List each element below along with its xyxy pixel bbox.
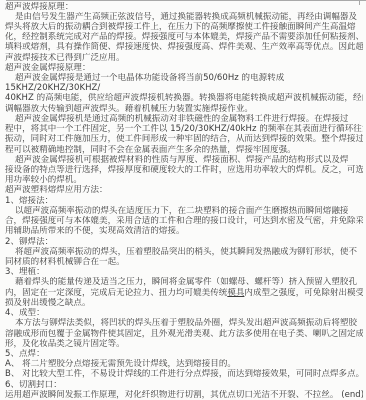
text-line: 藉着焊头的能量传递及适当之压力，瞬间将金属零件（如螺母、螺杆等）挤入预留入塑胶孔 (5, 277, 363, 287)
text-line: 1、熔接法： (5, 196, 363, 206)
text-line: 超声波焊接原理： (5, 2, 363, 12)
document-page: 超声波焊接原理：是由信号发生器产生高频正弦波信号，通过换能器转换成高频机械振动能… (0, 0, 366, 400)
text-line: 用功率较小的焊机。 (5, 175, 363, 185)
text-line: 内，固定在一定深度，完成后无论拉力、扭力均可媲美传统模具内成型之强度，可免除射出… (5, 288, 363, 298)
text-line: 接设备的特点等进行选择，焊接厚度和硬度较大的工件时，应选用功率较大的焊机。反之，… (5, 165, 363, 175)
text-line: 形，及化妆品类之镜片固定等。 (5, 339, 363, 349)
text-line: 运用超声波瞬间发振工作原理，对化纤织物进行切割，其优点切口光洁不开裂、不拉丝。 … (5, 390, 363, 400)
text-line: 超声波塑料熔焊应用方法： (5, 185, 363, 195)
text-line: 2、铆焊法： (5, 237, 363, 247)
text-line: 将超声波高频率振动的焊头，压着塑胶品突出的梢头，使其瞬间发热融成为铆钉形状，使不 (5, 247, 363, 257)
text-line: 同材质的材料机械铆合在一起。 (5, 257, 363, 267)
text-line: 以超声波高频率振动的焊头在适度压力下，在二块塑料的接合面产生磨擦热而瞬间熔融接 (5, 206, 363, 216)
text-line: 15KHZ/20KHZ/30KHZ/ (5, 83, 363, 93)
text-line: 化，经控制系统完成对产品的焊接。焊接强度可与本体媲美，焊接产品不需要添加任何粘接… (5, 32, 363, 42)
text-line: 声波焊接技术已得到广泛应用。 (5, 53, 363, 63)
text-line: 本方法与铆焊法类似，将凹状的焊头压着于塑胶品外圈，焊头发出超声波高频振动后将塑胶 (5, 318, 363, 328)
text-line: 5、点焊： (5, 349, 363, 359)
text-line: 振动，同时对工件施加压力，使工件间形成一种牢固的结合，从而达到焊接的效果。整个焊… (5, 134, 363, 144)
text-line: 调幅器放大传输到超声波焊头。藉着机械压力装置实施焊接作业。 (5, 104, 363, 114)
text-line: 焊头将放大后的振动耦合到被焊接工件上，在压力下的高频摩擦使工件接触面瞬间产生高温… (5, 22, 363, 32)
text-line: 溶融成形而包覆于金属物件使其固定，且外观光滑美观、此方法多使用在电子类、喇叭之固… (5, 329, 363, 339)
text-line: 合，焊接强度可与本体媲美，采用合适的工件和合理的接口设计，可达到水密及气密，并免… (5, 216, 363, 226)
text-line: B、 对比较大型工件，不易设计焊线的工件进行分点焊接，而达到熔接效果，可同时点焊… (5, 369, 363, 379)
text-line: A、 将二片塑胶分点熔接无需预先设计焊线，达到熔接目的。 (5, 359, 363, 369)
text-line: 4、成型： (5, 308, 363, 318)
text-line: 3、埋植： (5, 267, 363, 277)
text-line: 损及射出缓慢之缺点。 (5, 298, 363, 308)
text-line: 40KHZ 的高频电能，供应给超声波焊接机转换器。转换器将电能转换成超声波机械振… (5, 93, 363, 103)
text-line: 用辅助品所带来的不便，实现高效清洁的熔接。 (5, 226, 363, 236)
document-text-body: 超声波焊接原理：是由信号发生器产生高频正弦波信号，通过换能器转换成高频机械振动能… (5, 2, 363, 400)
text-line: 程可以被精确地控制，同时不会在金属表面产生多余的热量，焊接牢固度强。 (5, 145, 363, 155)
text-line: 6、切割封口： (5, 380, 363, 390)
text-line: 超声波金属焊接原理： (5, 63, 363, 73)
text-line: 超声波金属焊接是通过一个电晶体功能设备将当前50/60Hz 的电源转成 (5, 73, 363, 83)
underlined-word: 模具 (227, 288, 244, 298)
text-line: 程中，将其中一个工件固定，另一个工件以 15/20/30KHZ/40kHz 的频… (5, 124, 363, 134)
text-line: 填料或熔剂，具有操作简便、焊接速度快、焊接强度高、焊件美观、生产效率高等优点。因… (5, 42, 363, 52)
text-line: 是由信号发生器产生高频正弦波信号，通过换能器转换成高频机械振动能，再经由调幅器及 (5, 12, 363, 22)
text-line: 超声波金属焊接机是通过高频的机械振动对非铁磁性的金属物料工件进行焊接。在焊接过 (5, 114, 363, 124)
text-line: 超声波金属焊接机可根据被焊材料的性质与厚度、焊接面积、焊接产品的结构形式以及焊 (5, 155, 363, 165)
